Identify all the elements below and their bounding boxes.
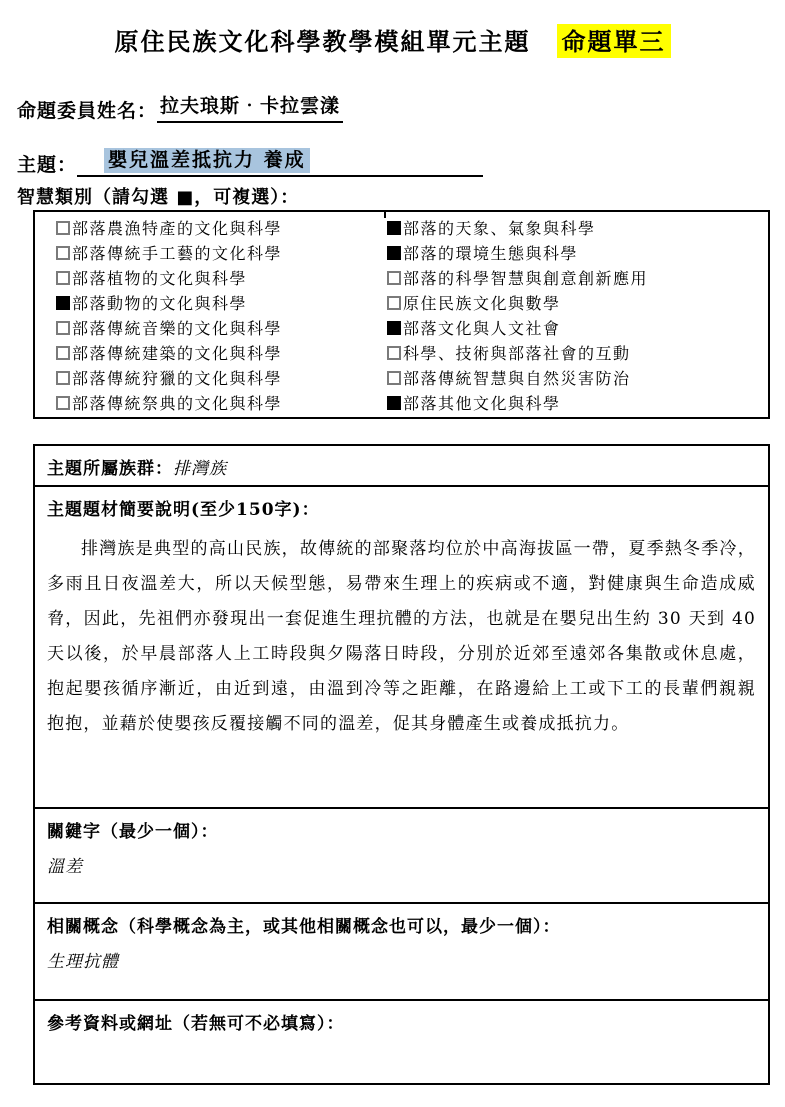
references-row: 參考資料或網址（若無可不必填寫）： — [34, 1000, 769, 1084]
concepts-value[interactable]: 生理抗體 — [47, 947, 756, 972]
title-highlight-tag: 命題單三 — [557, 24, 671, 58]
checkbox-item[interactable]: 部落的科學智慧與創意創新應用 — [387, 265, 768, 290]
checkbox-label: 部落傳統狩獵的文化與科學 — [72, 366, 282, 389]
column-divider-tick — [384, 212, 386, 218]
checkbox-column-left: 部落農漁特產的文化與科學 部落傳統手工藝的文化科學 部落植物的文化與科學 部落動… — [35, 215, 387, 417]
checkbox-item[interactable]: 科學、技術與部落社會的互動 — [387, 340, 768, 365]
checkbox-square[interactable] — [387, 346, 401, 360]
checkbox-column-right: 部落的天象、氣象與科學 部落的環境生態與科學 部落的科學智慧與創意創新應用 原住… — [387, 215, 768, 417]
checkbox-square[interactable] — [56, 346, 70, 360]
checkbox-item[interactable]: 部落植物的文化與科學 — [56, 265, 387, 290]
checkbox-item[interactable]: 部落傳統建築的文化與科學 — [56, 340, 387, 365]
checkbox-label: 部落傳統祭典的文化與科學 — [72, 391, 282, 414]
ethnic-group-row: 主題所屬族群：排灣族 — [34, 445, 769, 486]
ethnic-group-label: 主題所屬族群： — [47, 459, 173, 479]
checkbox-label: 原住民族文化與數學 — [403, 291, 561, 314]
topic-selected-text[interactable]: 嬰兒溫差抵抗力 養成 — [104, 148, 310, 173]
checkbox-label: 部落傳統智慧與自然災害防治 — [403, 366, 631, 389]
checkbox-label: 部落傳統音樂的文化與科學 — [72, 316, 282, 339]
checkbox-square[interactable] — [387, 371, 401, 385]
checkbox-item[interactable]: 部落的環境生態與科學 — [387, 240, 768, 265]
checkbox-label: 部落的天象、氣象與科學 — [403, 216, 596, 239]
checkbox-square[interactable] — [56, 296, 70, 310]
checkbox-item[interactable]: 部落農漁特產的文化與科學 — [56, 215, 387, 240]
category-checkbox-table: 部落農漁特產的文化與科學 部落傳統手工藝的文化科學 部落植物的文化與科學 部落動… — [33, 210, 770, 419]
checkbox-square[interactable] — [56, 321, 70, 335]
checkbox-square[interactable] — [387, 396, 401, 410]
checkbox-label: 科學、技術與部落社會的互動 — [403, 341, 631, 364]
committee-name-field[interactable]: 拉夫琅斯‧卡拉雲漾 — [157, 91, 343, 123]
checkbox-square[interactable] — [56, 221, 70, 235]
checkbox-item[interactable]: 部落文化與人文社會 — [387, 315, 768, 340]
checkbox-label: 部落傳統建築的文化與科學 — [72, 341, 282, 364]
detail-table: 主題所屬族群：排灣族 主題題材簡要說明(至少150字)： 排灣族是典型的高山民族… — [33, 444, 770, 1085]
checkbox-item[interactable]: 原住民族文化與數學 — [387, 290, 768, 315]
checkbox-item[interactable]: 部落的天象、氣象與科學 — [387, 215, 768, 240]
checkbox-square[interactable] — [387, 321, 401, 335]
topic-label: 主題： — [17, 154, 77, 176]
checkbox-item[interactable]: 部落傳統祭典的文化與科學 — [56, 390, 387, 415]
category-section-label: 智慧類別（請勾選 ■，可複選）： — [17, 183, 299, 209]
ethnic-group-value[interactable]: 排灣族 — [173, 459, 227, 479]
page-title: 原住民族文化科學教學模組單元主題命題單三 — [0, 22, 785, 57]
checkbox-item[interactable]: 部落傳統狩獵的文化與科學 — [56, 365, 387, 390]
checkbox-square[interactable] — [56, 396, 70, 410]
concepts-label: 相關概念（科學概念為主，或其他相關概念也可以，最少一個）： — [47, 912, 756, 937]
committee-name-row: 命題委員姓名：拉夫琅斯‧卡拉雲漾 — [17, 91, 343, 123]
checkbox-item[interactable]: 部落傳統手工藝的文化科學 — [56, 240, 387, 265]
checkbox-square[interactable] — [56, 371, 70, 385]
keywords-value[interactable]: 溫差 — [47, 852, 756, 877]
checkbox-label: 部落動物的文化與科學 — [72, 291, 247, 314]
checkbox-label: 部落的科學智慧與創意創新應用 — [403, 266, 648, 289]
keywords-label: 關鍵字（最少一個）： — [47, 817, 756, 842]
checkbox-square[interactable] — [387, 296, 401, 310]
checkbox-square[interactable] — [56, 246, 70, 260]
checkbox-label: 部落農漁特產的文化與科學 — [72, 216, 282, 239]
description-label: 主題題材簡要說明(至少150字)： — [47, 495, 756, 520]
document-page: 原住民族文化科學教學模組單元主題命題單三 命題委員姓名：拉夫琅斯‧卡拉雲漾 主題… — [0, 0, 785, 1107]
description-row: 主題題材簡要說明(至少150字)： 排灣族是典型的高山民族，故傳統的部聚落均位於… — [34, 486, 769, 808]
concepts-row: 相關概念（科學概念為主，或其他相關概念也可以，最少一個）： 生理抗體 — [34, 903, 769, 1000]
checkbox-square[interactable] — [56, 271, 70, 285]
description-text[interactable]: 排灣族是典型的高山民族，故傳統的部聚落均位於中高海拔區一帶，夏季熱冬季冷，多雨且… — [47, 532, 756, 742]
topic-field[interactable]: 嬰兒溫差抵抗力 養成 — [77, 145, 483, 177]
checkbox-item[interactable]: 部落動物的文化與科學 — [56, 290, 387, 315]
keywords-row: 關鍵字（最少一個）： 溫差 — [34, 808, 769, 903]
checkbox-label: 部落的環境生態與科學 — [403, 241, 578, 264]
topic-row: 主題：嬰兒溫差抵抗力 養成 — [17, 145, 483, 177]
committee-name-label: 命題委員姓名： — [17, 100, 157, 122]
checkbox-label: 部落文化與人文社會 — [403, 316, 561, 339]
checkbox-label: 部落植物的文化與科學 — [72, 266, 247, 289]
page-title-text: 原住民族文化科學教學模組單元主題 — [115, 27, 531, 56]
checkbox-item[interactable]: 部落傳統智慧與自然災害防治 — [387, 365, 768, 390]
checkbox-square[interactable] — [387, 246, 401, 260]
checkbox-item[interactable]: 部落其他文化與科學 — [387, 390, 768, 415]
checkbox-square[interactable] — [387, 271, 401, 285]
checkbox-label: 部落傳統手工藝的文化科學 — [72, 241, 282, 264]
checkbox-square[interactable] — [387, 221, 401, 235]
checkbox-label: 部落其他文化與科學 — [403, 391, 561, 414]
references-label: 參考資料或網址（若無可不必填寫）： — [47, 1009, 756, 1034]
checkbox-item[interactable]: 部落傳統音樂的文化與科學 — [56, 315, 387, 340]
